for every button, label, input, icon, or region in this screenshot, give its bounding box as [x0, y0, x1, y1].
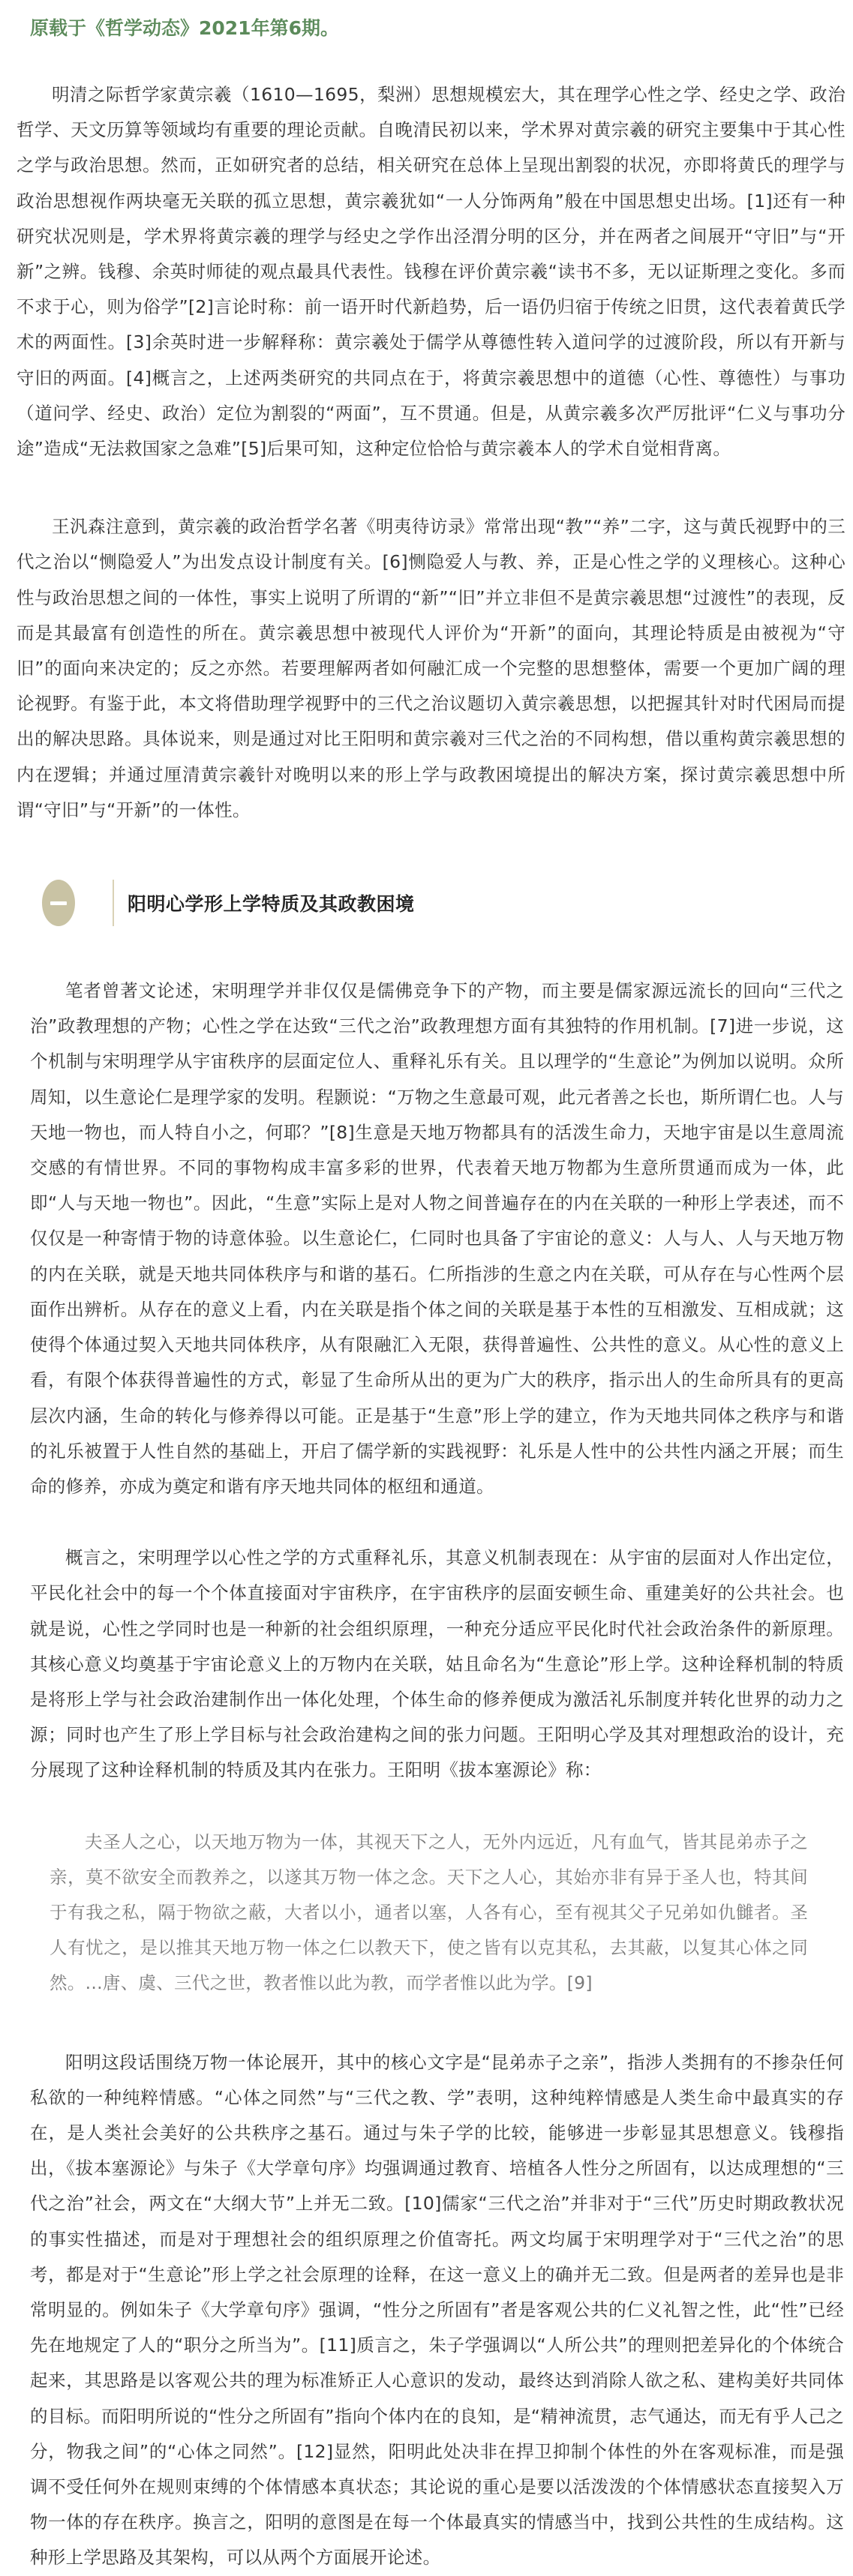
- section-title: 阳明心学形上学特质及其政教困境: [128, 889, 415, 916]
- source-note: 原载于《哲学动态》2021年第6期。: [0, 0, 853, 42]
- intro-paragraph-2: 王汎森注意到，黄宗羲的政治哲学名著《明夷待访录》常常出现“教”“养”二字，这与黄…: [0, 509, 853, 828]
- article: 原载于《哲学动态》2021年第6期。 明清之际哲学家黄宗羲（1610—1695，…: [0, 0, 853, 2576]
- section-paragraph-3: 阳明这段话围绕万物一体论展开，其中的核心文字是“昆弟赤子之亲”，指涉人类拥有的不…: [0, 2045, 853, 2576]
- section-number-badge-icon: [42, 880, 75, 926]
- section-paragraph-2: 概言之，宋明理学以心性之学的方式重释礼乐，其意义机制表现在：从宇宙的层面对人作出…: [0, 1540, 853, 1788]
- section-1: 阳明心学形上学特质及其政教困境 笔者曾著文论述，宋明理学并非仅仅是儒佛竞争下的产…: [0, 867, 853, 2576]
- numeral-one-glyph: [50, 901, 67, 905]
- section-header: 阳明心学形上学特质及其政教困境: [0, 867, 853, 939]
- section-paragraph-1: 笔者曾著文论述，宋明理学并非仅仅是儒佛竞争下的产物，而主要是儒家源远流长的回向“…: [0, 973, 853, 1504]
- intro-paragraph-1: 明清之际哲学家黄宗羲（1610—1695，梨洲）思想规模宏大，其在理学心性之学、…: [0, 77, 853, 466]
- section-divider: [113, 880, 114, 926]
- intro-section: 明清之际哲学家黄宗羲（1610—1695，梨洲）思想规模宏大，其在理学心性之学、…: [0, 77, 853, 828]
- blockquote-quotation: 夫圣人之心，以天地万物为一体，其视天下之人，无外内远近，凡有血气，皆其昆弟赤子之…: [0, 1825, 853, 2002]
